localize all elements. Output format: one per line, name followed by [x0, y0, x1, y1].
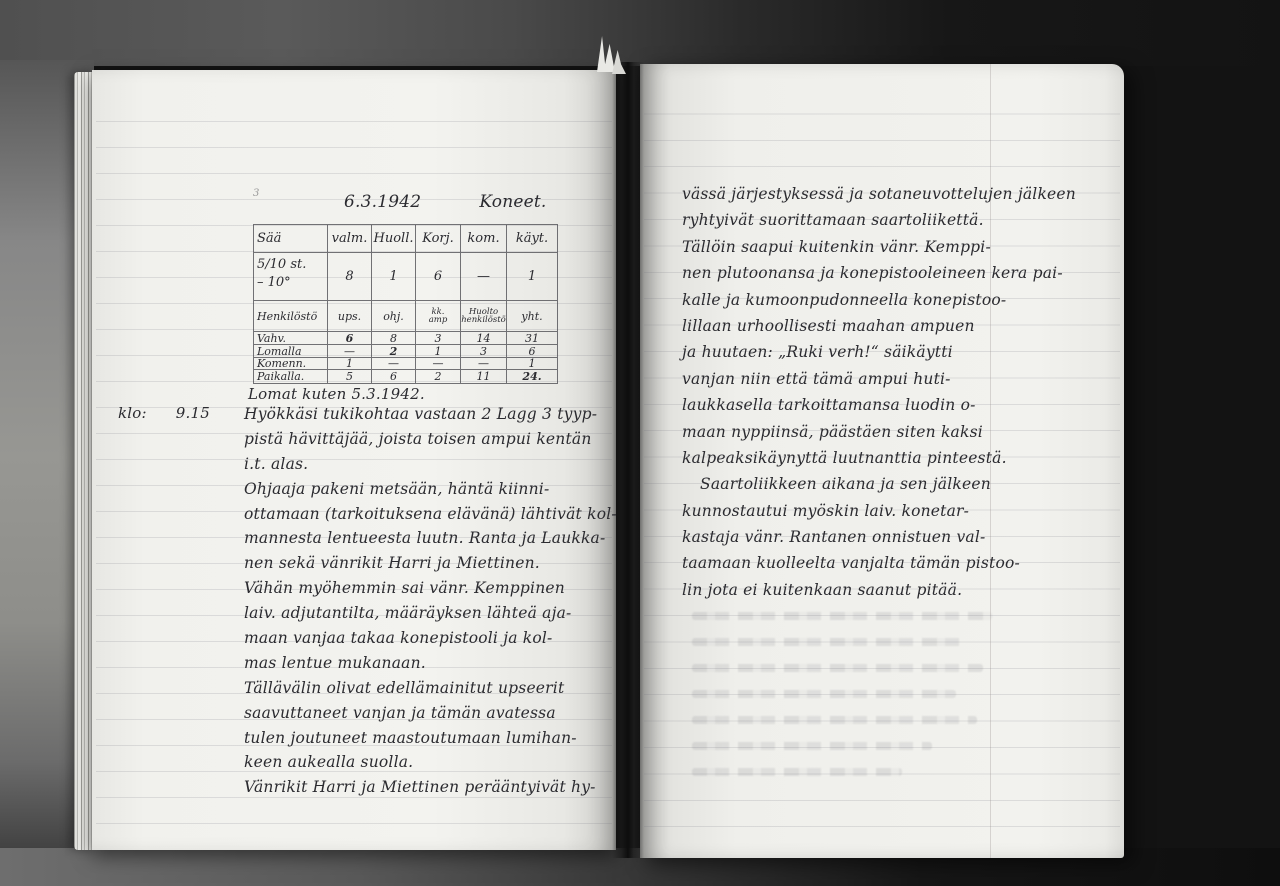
weather-line: – 10°: [257, 274, 291, 292]
diary-line: nen sekä vänrikit Harri ja Miettinen.: [244, 551, 617, 576]
bleed-through-line: [692, 768, 902, 776]
diary-line: laiv. adjutantilta, määräyksen lähteä aj…: [244, 601, 617, 626]
diary-line: taamaan kuolleelta vanjalta tämän pistoo…: [682, 550, 1076, 576]
diary-line: Ohjaaja pakeni metsään, häntä kiinni-: [244, 477, 617, 502]
diary-line: Hyökkäsi tukikohtaa vastaan 2 Lagg 3 tyy…: [244, 402, 617, 427]
diary-line: kalpeaksikäynyttä luutnanttia pinteestä.: [682, 445, 1076, 471]
table-cell: 8: [328, 253, 372, 301]
bleed-through-line: [692, 638, 968, 646]
diary-line: maan nyppiinsä, päästäen siten kaksi: [682, 419, 1076, 445]
weather-line: 5/10 st.: [257, 256, 306, 274]
time-value: 9.15: [176, 404, 210, 422]
table-cell: 14: [461, 332, 507, 345]
diary-line: Tällävälin olivat edellämainitut upseeri…: [244, 676, 617, 701]
table-header-cell: Korj.: [416, 225, 461, 253]
bleed-through-line: [692, 716, 977, 724]
table-cell: 1: [507, 358, 558, 370]
table-header-cell: ups.: [328, 301, 372, 332]
bleed-through-line: [692, 690, 956, 698]
diary-line: Tällöin saapui kuitenkin vänr. Kemppi-: [682, 234, 1076, 260]
bleed-through-line: [692, 664, 983, 672]
table-row-label: Vahv.: [254, 332, 328, 345]
table-cell: —: [416, 358, 461, 370]
diary-line: nen plutoonansa ja konepistooleineen ker…: [682, 260, 1076, 286]
table-cell: 1: [416, 345, 461, 358]
weather-cell: 5/10 st. – 10°: [254, 253, 328, 301]
left-page-body: Hyökkäsi tukikohtaa vastaan 2 Lagg 3 tyy…: [244, 402, 617, 800]
table-cell: —: [328, 345, 372, 358]
diary-line: Vänrikit Harri ja Miettinen perääntyivät…: [244, 775, 617, 800]
table-header-cell: käyt.: [507, 225, 558, 253]
table-date: 6.3.1942: [344, 192, 421, 212]
table-header-cell: Sää: [254, 225, 328, 253]
table-cell: 3: [461, 345, 507, 358]
diary-line: kalle ja kumoonpudonneella konepistoo-: [682, 287, 1076, 313]
header-line: henkilöstö: [461, 316, 506, 325]
diary-line: vanjan niin että tämä ampui huti-: [682, 366, 1076, 392]
diary-line: ryhtyivät suorittamaan saartoliikettä.: [682, 207, 1076, 233]
diary-line: lin jota ei kuitenkaan saanut pitää.: [682, 577, 1076, 603]
bleed-through-line: [692, 612, 992, 620]
table-header-cell: Huolto henkilöstö: [461, 301, 507, 332]
table-cell: 6: [372, 370, 416, 384]
table-cell: —: [372, 358, 416, 370]
bleed-through-text: [692, 612, 992, 794]
diary-line: saavuttaneet vanjan ja tämän avatessa: [244, 701, 617, 726]
diary-line: keen aukealla suolla.: [244, 750, 617, 775]
diary-line: Saartoliikkeen aikana ja sen jälkeen: [682, 471, 1076, 497]
table-cell: 6: [416, 253, 461, 301]
diary-line: laukkasella tarkoittamansa luodin o-: [682, 392, 1076, 418]
diary-line: i.t. alas.: [244, 452, 617, 477]
table-header-cell: kk. amp: [416, 301, 461, 332]
time-label: klo:: [118, 404, 147, 422]
diary-line: kunnostautui myöskin laiv. konetar-: [682, 498, 1076, 524]
aircraft-status-table: Sää valm. Huoll. Korj. kom. käyt. 5/10 s…: [253, 224, 558, 384]
table-cell: 6: [328, 332, 372, 345]
war-diary-photo: 3 6.3.1942Koneet. Sää valm. Huoll. Korj.…: [0, 0, 1280, 886]
table-title: Koneet.: [479, 192, 546, 212]
table-header-cell: valm.: [328, 225, 372, 253]
table-cell: 1: [507, 253, 558, 301]
note-line: Lomat kuten 5.3.1942.: [248, 385, 425, 403]
table-cell: —: [461, 253, 507, 301]
background-table-surface-top: [0, 0, 1280, 66]
table-cell: 1: [328, 358, 372, 370]
table-cell: 8: [372, 332, 416, 345]
table-cell: 11: [461, 370, 507, 384]
table-cell: 2: [372, 345, 416, 358]
table-cell: —: [461, 358, 507, 370]
diary-line: tulen joutuneet maastoutumaan lumihan-: [244, 726, 617, 751]
table-header-cell: kom.: [461, 225, 507, 253]
table-header-cell: Henkilöstö: [254, 301, 328, 332]
diary-line: ja huutaen: „Ruki verh!“ säikäytti: [682, 339, 1076, 365]
table-header-cell: ohj.: [372, 301, 416, 332]
diary-line: ottamaan (tarkoituksena elävänä) lähtivä…: [244, 502, 617, 527]
diary-line: kastaja vänr. Rantanen onnistuen val-: [682, 524, 1076, 550]
table-header-cell: Huoll.: [372, 225, 416, 253]
diary-line: Vähän myöhemmin sai vänr. Kemppinen: [244, 576, 617, 601]
table-cell: 5: [328, 370, 372, 384]
table-row-label: Komenn.: [254, 358, 328, 370]
diary-line: pistä hävittäjää, joista toisen ampui ke…: [244, 427, 617, 452]
table-header-cell: yht.: [507, 301, 558, 332]
header-line: amp: [429, 316, 448, 325]
table-cell: 3: [416, 332, 461, 345]
diary-line: lillaan urhoollisesti maahan ampuen: [682, 313, 1076, 339]
table-cell: 6: [507, 345, 558, 358]
diary-line: mannesta lentueesta luutn. Ranta ja Lauk…: [244, 526, 617, 551]
table-cell: 2: [416, 370, 461, 384]
bleed-through-line: [692, 742, 932, 750]
table-row-label: Paikalla.: [254, 370, 328, 384]
diary-line: maan vanjaa takaa konepistooli ja kol-: [244, 626, 617, 651]
diary-line: mas lentue mukanaan.: [244, 651, 617, 676]
time-entry: klo: 9.15: [118, 404, 210, 422]
table-row-label: Lomalla: [254, 345, 328, 358]
table-cell: 31: [507, 332, 558, 345]
table-cell: 1: [372, 253, 416, 301]
table-cell: 24.: [507, 370, 558, 384]
table-heading: 6.3.1942Koneet.: [344, 192, 547, 212]
diary-line: vässä järjestyksessä ja sotaneuvotteluje…: [682, 181, 1076, 207]
pencil-mark: 3: [253, 188, 260, 199]
right-page-body: vässä järjestyksessä ja sotaneuvotteluje…: [682, 181, 1076, 603]
